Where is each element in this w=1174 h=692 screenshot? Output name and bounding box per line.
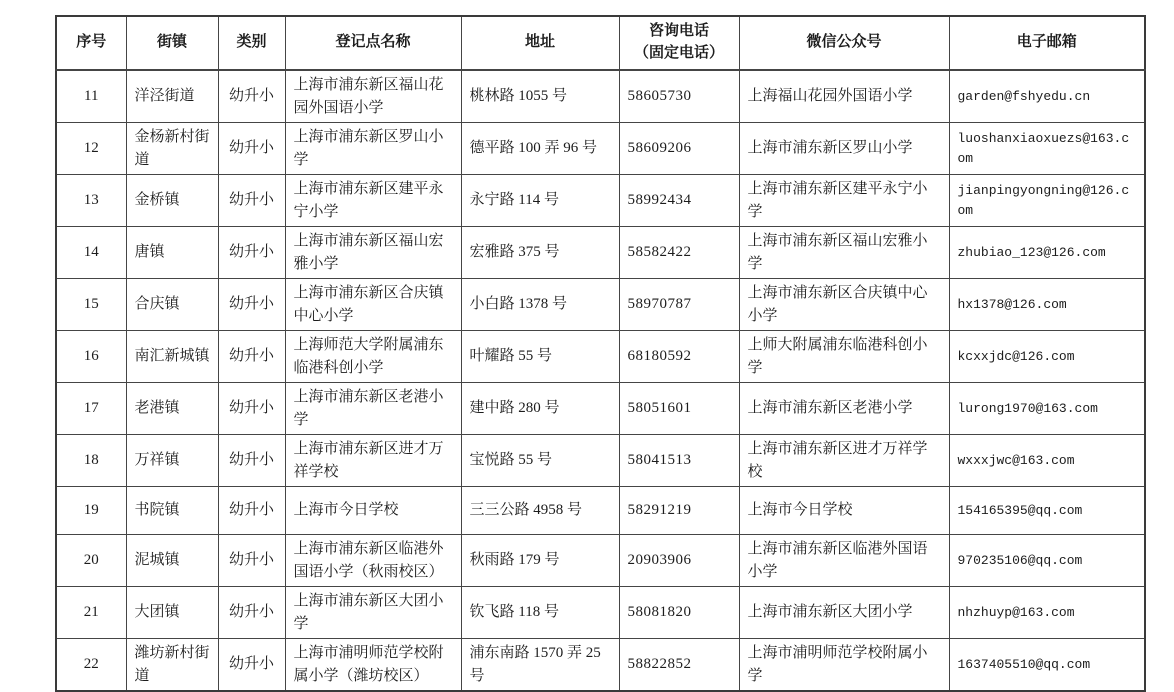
cell-phone: 58822852 — [619, 639, 739, 682]
header-row: 序号 街镇 类别 登记点名称 地址 咨询电话 （固定电话） 微信公众号 电子邮箱 — [56, 16, 1145, 70]
cell-category: 幼升小 — [218, 175, 285, 227]
table-row: 12 金杨新村街道 幼升小 上海市浦东新区罗山小学 德平路 100 弄 96 号… — [56, 123, 1145, 175]
cell-serial-number: 21 — [56, 587, 126, 639]
cell-address: 小白路 1378 号 — [461, 279, 619, 331]
cell-email: 970235106@qq.com — [949, 535, 1145, 587]
cell-serial-number: 18 — [56, 435, 126, 487]
cell-wechat-account: 上海市浦明师范学校附属小学 — [739, 639, 949, 682]
cell-phone: 58582422 — [619, 227, 739, 279]
header-serial-number: 序号 — [56, 16, 126, 70]
header-phone: 咨询电话 （固定电话） — [619, 16, 739, 70]
cell-email: garden@fshyedu.cn — [949, 70, 1145, 123]
header-address: 地址 — [461, 16, 619, 70]
header-email: 电子邮箱 — [949, 16, 1145, 70]
cell-street-town: 老港镇 — [126, 383, 218, 435]
cell-wechat-account: 上海市浦东新区临港外国语小学 — [739, 535, 949, 587]
cell-serial-number: 20 — [56, 535, 126, 587]
cell-street-town: 金桥镇 — [126, 175, 218, 227]
cell-registration-point-name: 上海市浦东新区建平永宁小学 — [285, 175, 461, 227]
cell-street-town: 唐镇 — [126, 227, 218, 279]
cell-email: wxxxjwc@163.com — [949, 435, 1145, 487]
cell-street-town: 南汇新城镇 — [126, 331, 218, 383]
cell-registration-point-name: 上海市浦东新区大团小学 — [285, 587, 461, 639]
cell-phone: 58970787 — [619, 279, 739, 331]
cell-address: 德平路 100 弄 96 号 — [461, 123, 619, 175]
cell-phone: 68180592 — [619, 331, 739, 383]
cell-registration-point-name: 上海市浦东新区合庆镇中心小学 — [285, 279, 461, 331]
table-row: 18 万祥镇 幼升小 上海市浦东新区进才万祥学校 宝悦路 55 号 580415… — [56, 435, 1145, 487]
cell-email: 1637405510@qq.com — [949, 639, 1145, 682]
cell-wechat-account: 上海市浦东新区罗山小学 — [739, 123, 949, 175]
cell-serial-number: 15 — [56, 279, 126, 331]
cell-registration-point-name: 上海市今日学校 — [285, 487, 461, 535]
table-body: 11 洋泾街道 幼升小 上海市浦东新区福山花园外国语小学 桃林路 1055 号 … — [56, 70, 1145, 681]
cell-wechat-account: 上海市浦东新区福山宏雅小学 — [739, 227, 949, 279]
cell-address: 宝悦路 55 号 — [461, 435, 619, 487]
cell-category: 幼升小 — [218, 587, 285, 639]
cell-phone: 58051601 — [619, 383, 739, 435]
cell-phone: 58081820 — [619, 587, 739, 639]
header-wechat-account: 微信公众号 — [739, 16, 949, 70]
cell-category: 幼升小 — [218, 487, 285, 535]
cell-address: 三三公路 4958 号 — [461, 487, 619, 535]
cell-phone: 20903906 — [619, 535, 739, 587]
header-category: 类别 — [218, 16, 285, 70]
cell-registration-point-name: 上海市浦东新区临港外国语小学（秋雨校区） — [285, 535, 461, 587]
cell-street-town: 大团镇 — [126, 587, 218, 639]
cell-category: 幼升小 — [218, 123, 285, 175]
cell-street-town: 合庆镇 — [126, 279, 218, 331]
cell-registration-point-name: 上海市浦东新区进才万祥学校 — [285, 435, 461, 487]
table-header: 序号 街镇 类别 登记点名称 地址 咨询电话 （固定电话） 微信公众号 电子邮箱 — [56, 16, 1145, 70]
cell-wechat-account: 上师大附属浦东临港科创小学 — [739, 331, 949, 383]
cell-phone: 58605730 — [619, 70, 739, 123]
cell-registration-point-name: 上海师范大学附属浦东临港科创小学 — [285, 331, 461, 383]
table-row: 20 泥城镇 幼升小 上海市浦东新区临港外国语小学（秋雨校区） 秋雨路 179 … — [56, 535, 1145, 587]
cell-street-town: 泥城镇 — [126, 535, 218, 587]
cell-street-town: 金杨新村街道 — [126, 123, 218, 175]
cell-serial-number: 11 — [56, 70, 126, 123]
cell-category: 幼升小 — [218, 639, 285, 682]
table-row: 19 书院镇 幼升小 上海市今日学校 三三公路 4958 号 58291219 … — [56, 487, 1145, 535]
cell-email: luoshanxiaoxuezs@163.com — [949, 123, 1145, 175]
cell-category: 幼升小 — [218, 227, 285, 279]
cell-category: 幼升小 — [218, 279, 285, 331]
cell-wechat-account: 上海市浦东新区合庆镇中心小学 — [739, 279, 949, 331]
table-row: 21 大团镇 幼升小 上海市浦东新区大团小学 钦飞路 118 号 5808182… — [56, 587, 1145, 639]
cell-address: 秋雨路 179 号 — [461, 535, 619, 587]
cell-serial-number: 13 — [56, 175, 126, 227]
registration-points-table: 序号 街镇 类别 登记点名称 地址 咨询电话 （固定电话） 微信公众号 电子邮箱… — [55, 15, 1146, 681]
cell-serial-number: 14 — [56, 227, 126, 279]
cell-wechat-account: 上海市浦东新区建平永宁小学 — [739, 175, 949, 227]
cell-serial-number: 19 — [56, 487, 126, 535]
cell-street-town: 万祥镇 — [126, 435, 218, 487]
cell-phone: 58291219 — [619, 487, 739, 535]
cell-email: lurong1970@163.com — [949, 383, 1145, 435]
cell-category: 幼升小 — [218, 435, 285, 487]
cell-address: 浦东南路 1570 弄 25 号 — [461, 639, 619, 682]
cell-street-town: 潍坊新村街道 — [126, 639, 218, 682]
cell-email: hx1378@126.com — [949, 279, 1145, 331]
cell-category: 幼升小 — [218, 535, 285, 587]
table-row: 14 唐镇 幼升小 上海市浦东新区福山宏雅小学 宏雅路 375 号 585824… — [56, 227, 1145, 279]
cell-address: 建中路 280 号 — [461, 383, 619, 435]
cell-category: 幼升小 — [218, 70, 285, 123]
cell-email: nhzhuyp@163.com — [949, 587, 1145, 639]
cell-address: 叶耀路 55 号 — [461, 331, 619, 383]
cell-email: zhubiao_123@126.com — [949, 227, 1145, 279]
document-page: 序号 街镇 类别 登记点名称 地址 咨询电话 （固定电话） 微信公众号 电子邮箱… — [55, 15, 1146, 681]
cell-serial-number: 12 — [56, 123, 126, 175]
table-row: 17 老港镇 幼升小 上海市浦东新区老港小学 建中路 280 号 5805160… — [56, 383, 1145, 435]
cell-email: kcxxjdc@126.com — [949, 331, 1145, 383]
cell-category: 幼升小 — [218, 331, 285, 383]
table-row: 11 洋泾街道 幼升小 上海市浦东新区福山花园外国语小学 桃林路 1055 号 … — [56, 70, 1145, 123]
cell-serial-number: 22 — [56, 639, 126, 682]
cell-wechat-account: 上海市浦东新区老港小学 — [739, 383, 949, 435]
cell-wechat-account: 上海市浦东新区大团小学 — [739, 587, 949, 639]
cell-address: 宏雅路 375 号 — [461, 227, 619, 279]
table-row: 15 合庆镇 幼升小 上海市浦东新区合庆镇中心小学 小白路 1378 号 589… — [56, 279, 1145, 331]
header-registration-point-name: 登记点名称 — [285, 16, 461, 70]
cell-wechat-account: 上海市浦东新区进才万祥学校 — [739, 435, 949, 487]
cell-serial-number: 16 — [56, 331, 126, 383]
cell-address: 钦飞路 118 号 — [461, 587, 619, 639]
cell-email: 154165395@qq.com — [949, 487, 1145, 535]
cell-registration-point-name: 上海市浦东新区老港小学 — [285, 383, 461, 435]
cell-wechat-account: 上海市今日学校 — [739, 487, 949, 535]
cell-wechat-account: 上海福山花园外国语小学 — [739, 70, 949, 123]
cell-registration-point-name: 上海市浦东新区福山宏雅小学 — [285, 227, 461, 279]
cell-registration-point-name: 上海市浦明师范学校附属小学（潍坊校区） — [285, 639, 461, 682]
table-row: 22 潍坊新村街道 幼升小 上海市浦明师范学校附属小学（潍坊校区） 浦东南路 1… — [56, 639, 1145, 682]
cell-registration-point-name: 上海市浦东新区福山花园外国语小学 — [285, 70, 461, 123]
cell-phone: 58041513 — [619, 435, 739, 487]
cell-email: jianpingyongning@126.com — [949, 175, 1145, 227]
cell-registration-point-name: 上海市浦东新区罗山小学 — [285, 123, 461, 175]
cell-address: 桃林路 1055 号 — [461, 70, 619, 123]
cell-serial-number: 17 — [56, 383, 126, 435]
table-row: 16 南汇新城镇 幼升小 上海师范大学附属浦东临港科创小学 叶耀路 55 号 6… — [56, 331, 1145, 383]
cell-category: 幼升小 — [218, 383, 285, 435]
cell-phone: 58609206 — [619, 123, 739, 175]
cell-address: 永宁路 114 号 — [461, 175, 619, 227]
cell-phone: 58992434 — [619, 175, 739, 227]
table-row: 13 金桥镇 幼升小 上海市浦东新区建平永宁小学 永宁路 114 号 58992… — [56, 175, 1145, 227]
cell-street-town: 洋泾街道 — [126, 70, 218, 123]
cell-street-town: 书院镇 — [126, 487, 218, 535]
header-street-town: 街镇 — [126, 16, 218, 70]
